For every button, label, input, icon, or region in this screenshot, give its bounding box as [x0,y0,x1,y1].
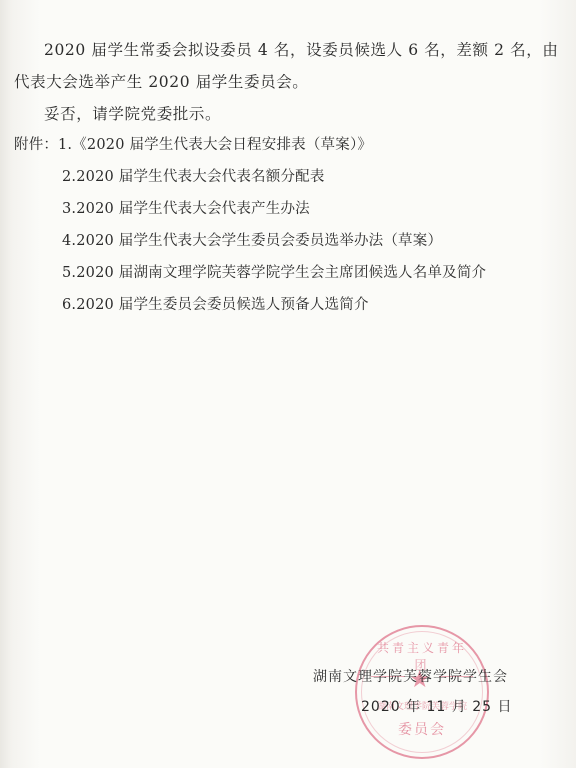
attachment-item-2: 2.2020 届学生代表大会代表名额分配表 [62,165,325,186]
paragraph-1-line-1: 2020 届学生常委会拟设委员 4 名，设委员候选人 6 名，差额 2 名，由 [44,38,558,60]
paragraph-2: 妥否，请学院党委批示。 [44,102,221,124]
attachment-label: 附件： [14,133,58,154]
attachment-item-6: 6.2020 届学生委员会委员候选人预备人选简介 [62,293,369,314]
signature-date: 2020 年 11 月 25 日 [361,696,513,716]
paragraph-1-line-2: 代表大会选举产生 2020 届学生委员会。 [14,70,308,92]
attachment-item-4: 4.2020 届学生代表大会学生委员会委员选举办法（草案） [62,229,442,250]
official-seal: 共青主义青年团 ★ 湖南文理学院芙蓉学院 委员会 [355,625,489,759]
signature-organization: 湖南文理学院芙蓉学院学生会 [313,666,508,686]
attachment-item-1: 1.《2020 届学生代表大会日程安排表（草案）》 [58,133,372,154]
attachment-item-5: 5.2020 届湖南文理学院芙蓉学院学生会主席团候选人名单及简介 [62,261,486,282]
attachment-item-3: 3.2020 届学生代表大会代表产生办法 [62,197,310,218]
seal-bottom-text: 委员会 [377,719,467,739]
